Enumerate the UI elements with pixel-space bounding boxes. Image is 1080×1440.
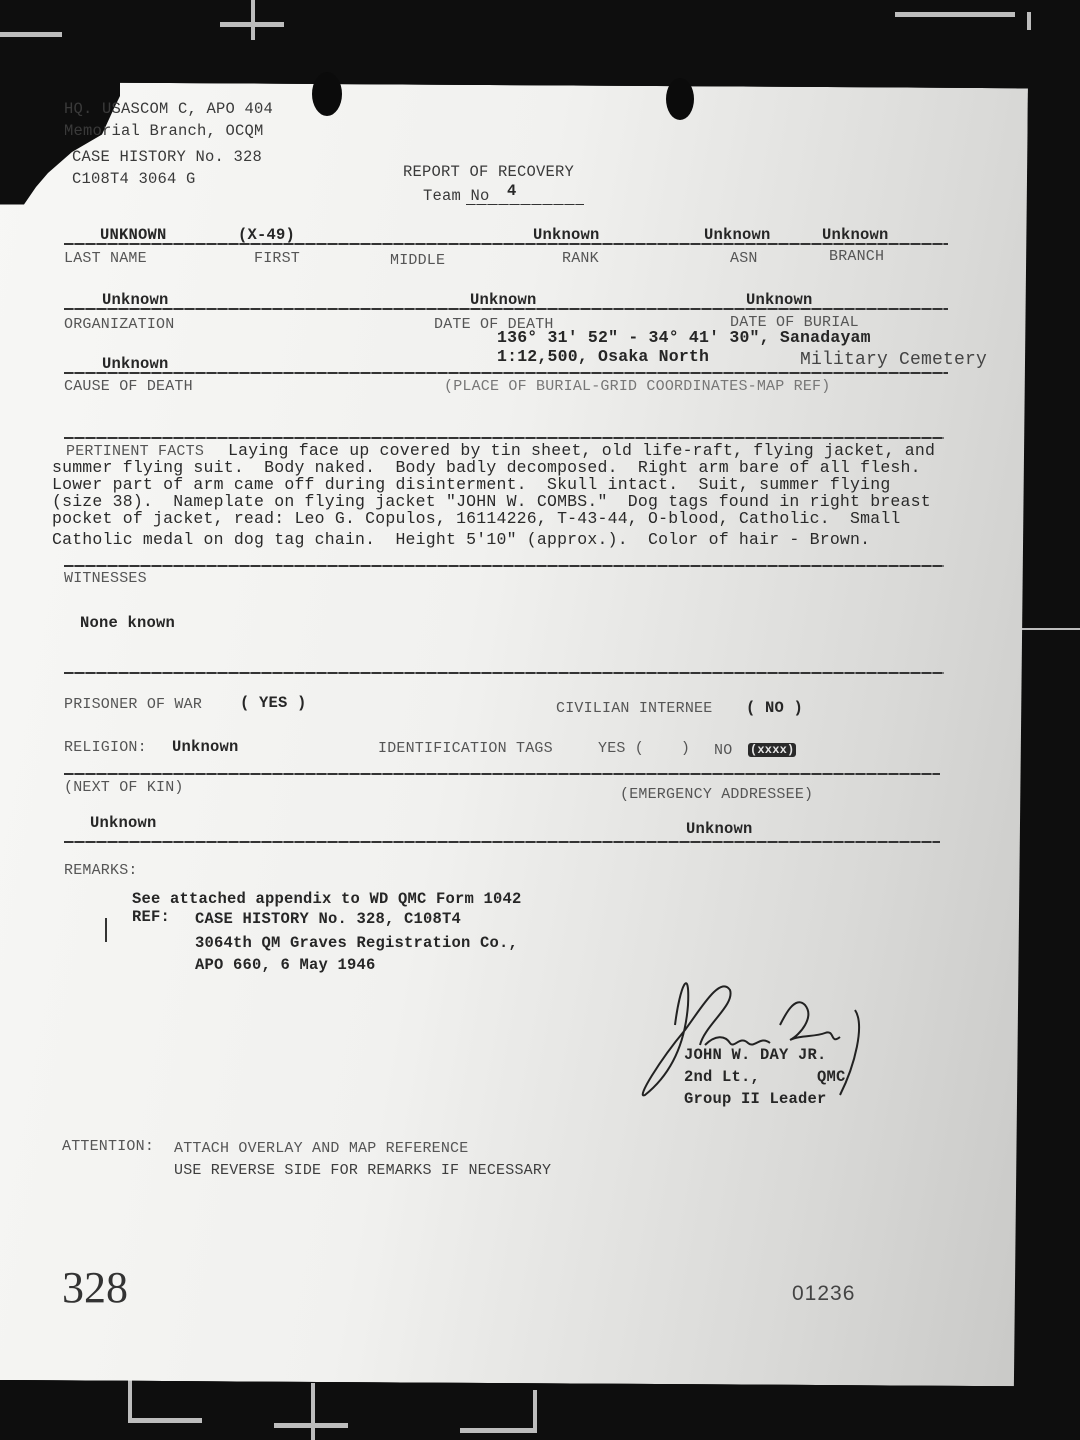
registration-mark <box>0 32 62 37</box>
next-of-kin-rule <box>64 773 940 775</box>
civilian-internee-value: ( NO ) <box>746 699 803 717</box>
registration-mark <box>128 1378 132 1420</box>
ref-label: REF: <box>132 908 170 926</box>
punch-hole <box>666 78 694 120</box>
civilian-internee-label: CIVILIAN INTERNEE <box>556 700 712 717</box>
team-underline <box>466 204 584 205</box>
registration-mark <box>251 0 255 40</box>
organization-rule <box>64 308 948 310</box>
rank-label: RANK <box>562 250 599 267</box>
registration-mark <box>460 1428 536 1433</box>
next-of-kin-label: (NEXT OF KIN) <box>64 779 184 796</box>
fact-line: Lower part of arm came off during disint… <box>52 476 890 493</box>
attention-line-1: ATTACH OVERLAY AND MAP REFERENCE <box>174 1140 468 1157</box>
pow-label: PRISONER OF WAR <box>64 696 202 713</box>
date-of-burial-value: Unknown <box>746 291 813 309</box>
witnesses-rule <box>64 565 944 567</box>
signer-rank: 2nd Lt., QMC <box>684 1068 846 1086</box>
last-name-value: UNKNOWN <box>100 226 167 244</box>
place-name: Military Cemetery <box>800 350 987 370</box>
religion-label: RELIGION: <box>64 739 147 756</box>
cause-of-death-label: CAUSE OF DEATH <box>64 378 193 395</box>
last-name-label: LAST NAME <box>64 250 147 267</box>
registration-mark <box>1022 628 1080 630</box>
document-paper <box>0 82 1028 1386</box>
page-title: REPORT OF RECOVERY <box>403 163 574 181</box>
team-value: 4 <box>507 182 517 200</box>
emergency-addressee-value: Unknown <box>686 820 753 838</box>
coordinates-line-2: 1:12,500, Osaka North <box>497 347 709 366</box>
id-tags-yes: YES ( ) <box>598 740 690 757</box>
attention-label: ATTENTION: <box>62 1138 154 1155</box>
header-case-history: CASE HISTORY No. 328 <box>72 148 262 166</box>
date-of-death-value: Unknown <box>470 291 537 309</box>
registration-mark <box>1027 12 1031 30</box>
facts-rule <box>64 437 944 439</box>
ref-line-2: 3064th QM Graves Registration Co., <box>195 934 518 952</box>
middle-name-label: MIDDLE <box>390 252 445 269</box>
signer-title: Group II Leader <box>684 1090 827 1108</box>
witnesses-value: None known <box>80 614 175 632</box>
fact-line: Laying face up covered by tin sheet, old… <box>228 442 935 459</box>
registration-mark <box>128 1418 202 1423</box>
header-code: C108T4 3064 G <box>72 170 196 188</box>
id-tags-no-label: NO <box>714 742 732 759</box>
registration-mark <box>895 12 1015 17</box>
asn-value: Unknown <box>704 226 771 244</box>
case-number: 328 <box>62 1262 128 1313</box>
next-of-kin-value: Unknown <box>90 814 157 832</box>
first-name-label: FIRST <box>254 250 300 267</box>
attention-line-2: USE REVERSE SIDE FOR REMARKS IF NECESSAR… <box>174 1162 551 1179</box>
pow-value: ( YES ) <box>240 694 307 712</box>
religion-value: Unknown <box>172 738 239 756</box>
remarks-label: REMARKS: <box>64 862 138 879</box>
id-tags-label: IDENTIFICATION TAGS <box>378 740 553 757</box>
fact-line: Catholic medal on dog tag chain. Height … <box>52 531 870 548</box>
emergency-addressee-label: (EMERGENCY ADDRESSEE) <box>620 786 813 803</box>
team-label: Team No <box>423 187 490 205</box>
registration-mark <box>311 1383 315 1440</box>
identity-rule <box>64 243 948 245</box>
header-branch: Memorial Branch, OCQM <box>64 122 264 140</box>
header-hq: HQ. USASCOM C, APO 404 <box>64 100 273 118</box>
first-name-value: (X-49) <box>238 226 295 244</box>
witnesses-label: WITNESSES <box>64 570 147 587</box>
punch-hole <box>312 72 342 116</box>
branch-label: BRANCH <box>829 248 884 265</box>
id-tags-no-value: (xxxx) <box>748 743 796 757</box>
branch-value: Unknown <box>822 226 889 244</box>
place-of-burial-label: (PLACE OF BURIAL-GRID COORDINATES-MAP RE… <box>444 378 830 395</box>
cause-rule <box>64 372 948 374</box>
fact-line: summer flying suit. Body naked. Body bad… <box>52 459 921 476</box>
cause-of-death-value: Unknown <box>102 355 169 373</box>
remarks-line: See attached appendix to WD QMC Form 104… <box>132 890 522 908</box>
signer-name: JOHN W. DAY JR. <box>684 1046 827 1064</box>
organization-value: Unknown <box>102 291 169 309</box>
witnesses-bottom-rule <box>64 672 944 674</box>
ref-line-3: APO 660, 6 May 1946 <box>195 956 376 974</box>
rank-value: Unknown <box>533 226 600 244</box>
fact-line: pocket of jacket, read: Leo G. Copulos, … <box>52 510 901 527</box>
stamp-number: 01236 <box>792 1282 855 1306</box>
coordinates-line-1: 136° 31' 52" - 34° 41' 30", Sanadayam <box>497 328 871 347</box>
ref-line-1: CASE HISTORY No. 328, C108T4 <box>195 910 461 928</box>
asn-label: ASN <box>730 250 758 267</box>
margin-mark <box>105 918 107 942</box>
contacts-bottom-rule <box>64 841 940 843</box>
fact-line: (size 38). Nameplate on flying jacket "J… <box>52 493 931 510</box>
organization-label: ORGANIZATION <box>64 316 174 333</box>
registration-mark <box>533 1390 537 1433</box>
